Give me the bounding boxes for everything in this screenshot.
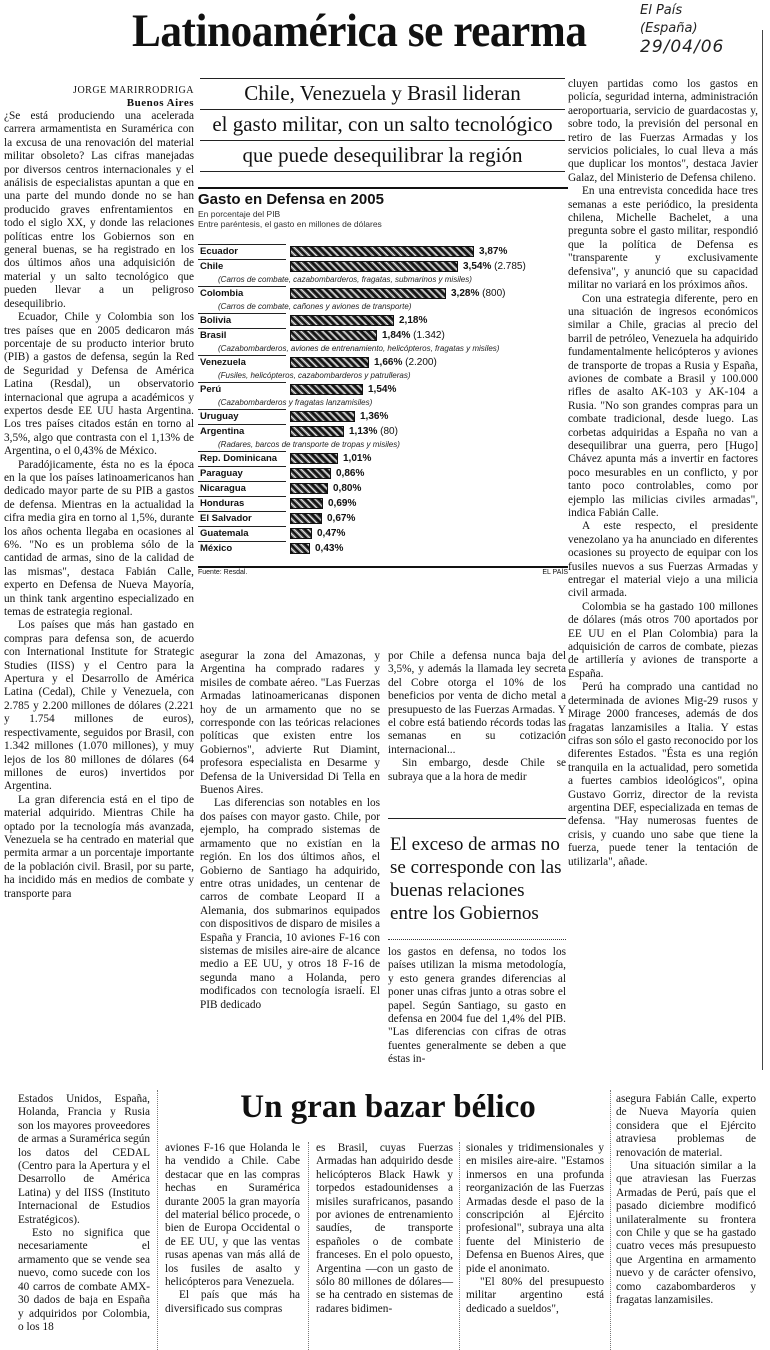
chart-value-label: 3,54% (2.785): [463, 261, 526, 272]
chart-row: Guatemala0,47%: [198, 526, 568, 541]
chart-percent: 0,86%: [336, 468, 364, 479]
chart-spending: (1.342): [413, 330, 445, 341]
defense-spending-chart: Gasto en Defensa en 2005 En porcentaje d…: [198, 187, 568, 576]
chart-value-label: 1,36%: [360, 411, 388, 422]
article-column-1: JORGE MARIRRODRIGA Buenos Aires ¿Se está…: [4, 84, 194, 901]
subheadline: Chile, Venezuela y Brasil lideran el gas…: [200, 78, 565, 172]
chart-note: (Cazabombarderos y fragatas lanzamisiles…: [198, 397, 568, 409]
chart-category-label: Uruguay: [198, 409, 286, 424]
paragraph: los gastos en defensa, no todos los país…: [388, 946, 566, 1067]
paragraph: Ecuador, Chile y Colombia son los tres p…: [4, 311, 194, 458]
paragraph: cluyen partidas como los gastos en polic…: [568, 78, 758, 185]
chart-subtitle-2: Entre paréntesis, el gasto en millones d…: [198, 219, 568, 229]
chart-spending: (80): [380, 426, 398, 437]
chart-footer: Fuente: Resdal. EL PAÍS: [198, 566, 568, 576]
chart-note: (Radares, barcos de transporte de tropas…: [198, 439, 568, 451]
handwritten-date: 29/04/06: [640, 38, 750, 56]
column-divider: [308, 1142, 309, 1350]
subheadline-line: Chile, Venezuela y Brasil lideran: [200, 79, 565, 110]
paragraph: A este respecto, el presidente venezolan…: [568, 520, 758, 600]
chart-row: Paraguay0,86%: [198, 466, 568, 481]
pull-quote: El exceso de armas no se corresponde con…: [388, 818, 566, 940]
paragraph: "El 80% del presupuesto militar argentin…: [466, 1276, 604, 1316]
chart-row: Brasil1,84% (1.342): [198, 328, 568, 343]
chart-category-label: Venezuela: [198, 355, 286, 370]
chart-row: Rep. Dominicana1,01%: [198, 451, 568, 466]
sidebar-column-2: aviones F-16 que Holanda le ha vendido a…: [165, 1142, 300, 1316]
handwritten-country: (España): [640, 20, 750, 38]
chart-category-label: Brasil: [198, 328, 286, 343]
chart-bar: [290, 261, 458, 272]
paragraph: Estados Unidos, España, Holanda, Francia…: [18, 1093, 150, 1227]
chart-value-label: 1,13% (80): [349, 426, 398, 437]
chart-value-label: 0,47%: [317, 528, 345, 539]
column-divider: [157, 1090, 158, 1350]
chart-percent: 0,80%: [333, 483, 361, 494]
chart-bar: [290, 543, 310, 554]
chart-value-label: 1,84% (1.342): [382, 330, 445, 341]
paragraph: ¿Se está produciendo una acelerada carre…: [4, 110, 194, 311]
chart-percent: 0,67%: [327, 513, 355, 524]
chart-percent: 3,87%: [479, 246, 507, 257]
chart-spending: (2.200): [405, 357, 437, 368]
chart-percent: 0,69%: [328, 498, 356, 509]
chart-spending: (800): [482, 288, 505, 299]
handwritten-source: El País: [640, 2, 750, 20]
chart-category-label: Perú: [198, 382, 286, 397]
chart-value-label: 2,18%: [399, 315, 427, 326]
chart-category-label: El Salvador: [198, 511, 286, 526]
chart-bar: [290, 411, 355, 422]
chart-bar: [290, 453, 338, 464]
right-margin-rule: [762, 30, 763, 1070]
chart-note: (Carros de combate, cazabombarderos, fra…: [198, 274, 568, 286]
paragraph: El país que más ha diversificado sus com…: [165, 1289, 300, 1316]
chart-bar: [290, 498, 323, 509]
chart-bar: [290, 426, 344, 437]
chart-row: Venezuela1,66% (2.200): [198, 355, 568, 370]
article-column-3: por Chile a defensa nunca baja del 3,5%,…: [388, 650, 566, 784]
chart-bar: [290, 246, 474, 257]
chart-row: Chile3,54% (2.785): [198, 259, 568, 274]
chart-value-label: 1,54%: [368, 384, 396, 395]
chart-category-label: México: [198, 541, 286, 556]
chart-percent: 1,36%: [360, 411, 388, 422]
paragraph: Una situación similar a la que atraviesa…: [616, 1160, 756, 1307]
chart-row: Ecuador3,87%: [198, 244, 568, 259]
chart-category-label: Rep. Dominicana: [198, 451, 286, 466]
column-divider: [610, 1090, 611, 1350]
chart-value-label: 0,43%: [315, 543, 343, 554]
paragraph: Las diferencias son notables en los dos …: [200, 797, 380, 1012]
chart-row: Argentina1,13% (80): [198, 424, 568, 439]
chart-row: Bolivia2,18%: [198, 313, 568, 328]
chart-row: México0,43%: [198, 541, 568, 556]
sidebar-column-4: sionales y tridimensionales y en misiles…: [466, 1142, 604, 1316]
byline-author: JORGE MARIRRODRIGA: [4, 84, 194, 97]
chart-note: (Fusiles, helicópteros, cazabombarderos …: [198, 370, 568, 382]
chart-value-label: 3,87%: [479, 246, 507, 257]
chart-value-label: 3,28% (800): [451, 288, 506, 299]
chart-bar: [290, 315, 394, 326]
chart-bar: [290, 384, 363, 395]
chart-value-label: 1,66% (2.200): [374, 357, 437, 368]
chart-bar: [290, 513, 322, 524]
column-divider: [459, 1142, 460, 1350]
chart-percent: 1,01%: [343, 453, 371, 464]
paragraph: asegurar la zona del Amazonas, y Argenti…: [200, 650, 380, 797]
chart-bar: [290, 357, 369, 368]
chart-percent: 0,43%: [315, 543, 343, 554]
headline: Latinoamérica se rearma: [132, 4, 592, 58]
chart-percent: 0,47%: [317, 528, 345, 539]
chart-source: Fuente: Resdal.: [198, 569, 247, 576]
chart-note: (Cazabombarderos, aviones de entrenamien…: [198, 343, 568, 355]
subheadline-line: el gasto militar, con un salto tecnológi…: [200, 110, 565, 141]
chart-spending: (2.785): [494, 261, 526, 272]
subheadline-line: que puede desequilibrar la región: [200, 141, 565, 172]
chart-row: Honduras0,69%: [198, 496, 568, 511]
paragraph: Paradójicamente, ésta no es la época en …: [4, 459, 194, 620]
chart-value-label: 0,86%: [336, 468, 364, 479]
chart-bar: [290, 468, 331, 479]
paragraph: Esto no significa que necesariamente el …: [18, 1227, 150, 1334]
chart-bar: [290, 483, 328, 494]
chart-category-label: Argentina: [198, 424, 286, 439]
chart-row: Nicaragua0,80%: [198, 481, 568, 496]
article-column-3-continued: los gastos en defensa, no todos los país…: [388, 946, 566, 1067]
chart-row: Colombia3,28% (800): [198, 286, 568, 301]
chart-credit: EL PAÍS: [542, 569, 568, 576]
byline-location: Buenos Aires: [127, 97, 194, 109]
byline: JORGE MARIRRODRIGA Buenos Aires: [4, 84, 194, 110]
chart-percent: 3,54%: [463, 261, 491, 272]
chart-note: (Carros de combate, cañones y aviones de…: [198, 301, 568, 313]
chart-bar: [290, 528, 312, 539]
paragraph: En una entrevista concedida hace tres se…: [568, 185, 758, 292]
chart-row: Perú1,54%: [198, 382, 568, 397]
chart-category-label: Nicaragua: [198, 481, 286, 496]
chart-bar: [290, 330, 377, 341]
chart-category-label: Colombia: [198, 286, 286, 301]
paragraph: Perú ha comprado una cantidad no determi…: [568, 681, 758, 869]
chart-percent: 1,84%: [382, 330, 410, 341]
chart-value-label: 0,67%: [327, 513, 355, 524]
paragraph: La gran diferencia está en el tipo de ma…: [4, 794, 194, 901]
chart-subtitle: En porcentaje del PIB: [198, 209, 568, 219]
article-column-4: cluyen partidas como los gastos en polic…: [568, 78, 758, 869]
chart-category-label: Bolivia: [198, 313, 286, 328]
chart-percent: 1,13%: [349, 426, 377, 437]
sidebar-column-1: Estados Unidos, España, Holanda, Francia…: [18, 1093, 150, 1334]
chart-category-label: Ecuador: [198, 244, 286, 259]
chart-percent: 3,28%: [451, 288, 479, 299]
chart-value-label: 0,69%: [328, 498, 356, 509]
chart-value-label: 1,01%: [343, 453, 371, 464]
chart-category-label: Paraguay: [198, 466, 286, 481]
chart-value-label: 0,80%: [333, 483, 361, 494]
article-column-2: asegurar la zona del Amazonas, y Argenti…: [200, 650, 380, 1012]
paragraph: es Brasil, cuyas Fuerzas Armadas han adq…: [316, 1142, 453, 1316]
chart-category-label: Guatemala: [198, 526, 286, 541]
paragraph: Sin embargo, desde Chile se subraya que …: [388, 757, 566, 784]
chart-category-label: Chile: [198, 259, 286, 274]
paragraph: sionales y tridimensionales y en misiles…: [466, 1142, 604, 1276]
chart-row: Uruguay1,36%: [198, 409, 568, 424]
paragraph: asegura Fabián Calle, experto de Nueva M…: [616, 1093, 756, 1160]
chart-row: El Salvador0,67%: [198, 511, 568, 526]
chart-percent: 1,66%: [374, 357, 402, 368]
paragraph: aviones F-16 que Holanda le ha vendido a…: [165, 1142, 300, 1289]
paragraph: Con una estrategia diferente, pero en un…: [568, 293, 758, 521]
sidebar-headline: Un gran bazar bélico: [238, 1087, 538, 1127]
chart-percent: 2,18%: [399, 315, 427, 326]
chart-category-label: Honduras: [198, 496, 286, 511]
sidebar-column-5: asegura Fabián Calle, experto de Nueva M…: [616, 1093, 756, 1308]
chart-bar: [290, 288, 446, 299]
chart-rows: Ecuador3,87% Chile3,54% (2.785)(Carros d…: [198, 244, 568, 556]
sidebar-column-3: es Brasil, cuyas Fuerzas Armadas han adq…: [316, 1142, 453, 1316]
paragraph: Los países que más han gastado en compra…: [4, 619, 194, 793]
handwritten-annotation: El País (España) 29/04/06: [640, 2, 750, 56]
paragraph: por Chile a defensa nunca baja del 3,5%,…: [388, 650, 566, 757]
chart-title: Gasto en Defensa en 2005: [198, 191, 568, 209]
paragraph: Colombia se ha gastado 100 millones de d…: [568, 601, 758, 681]
chart-percent: 1,54%: [368, 384, 396, 395]
